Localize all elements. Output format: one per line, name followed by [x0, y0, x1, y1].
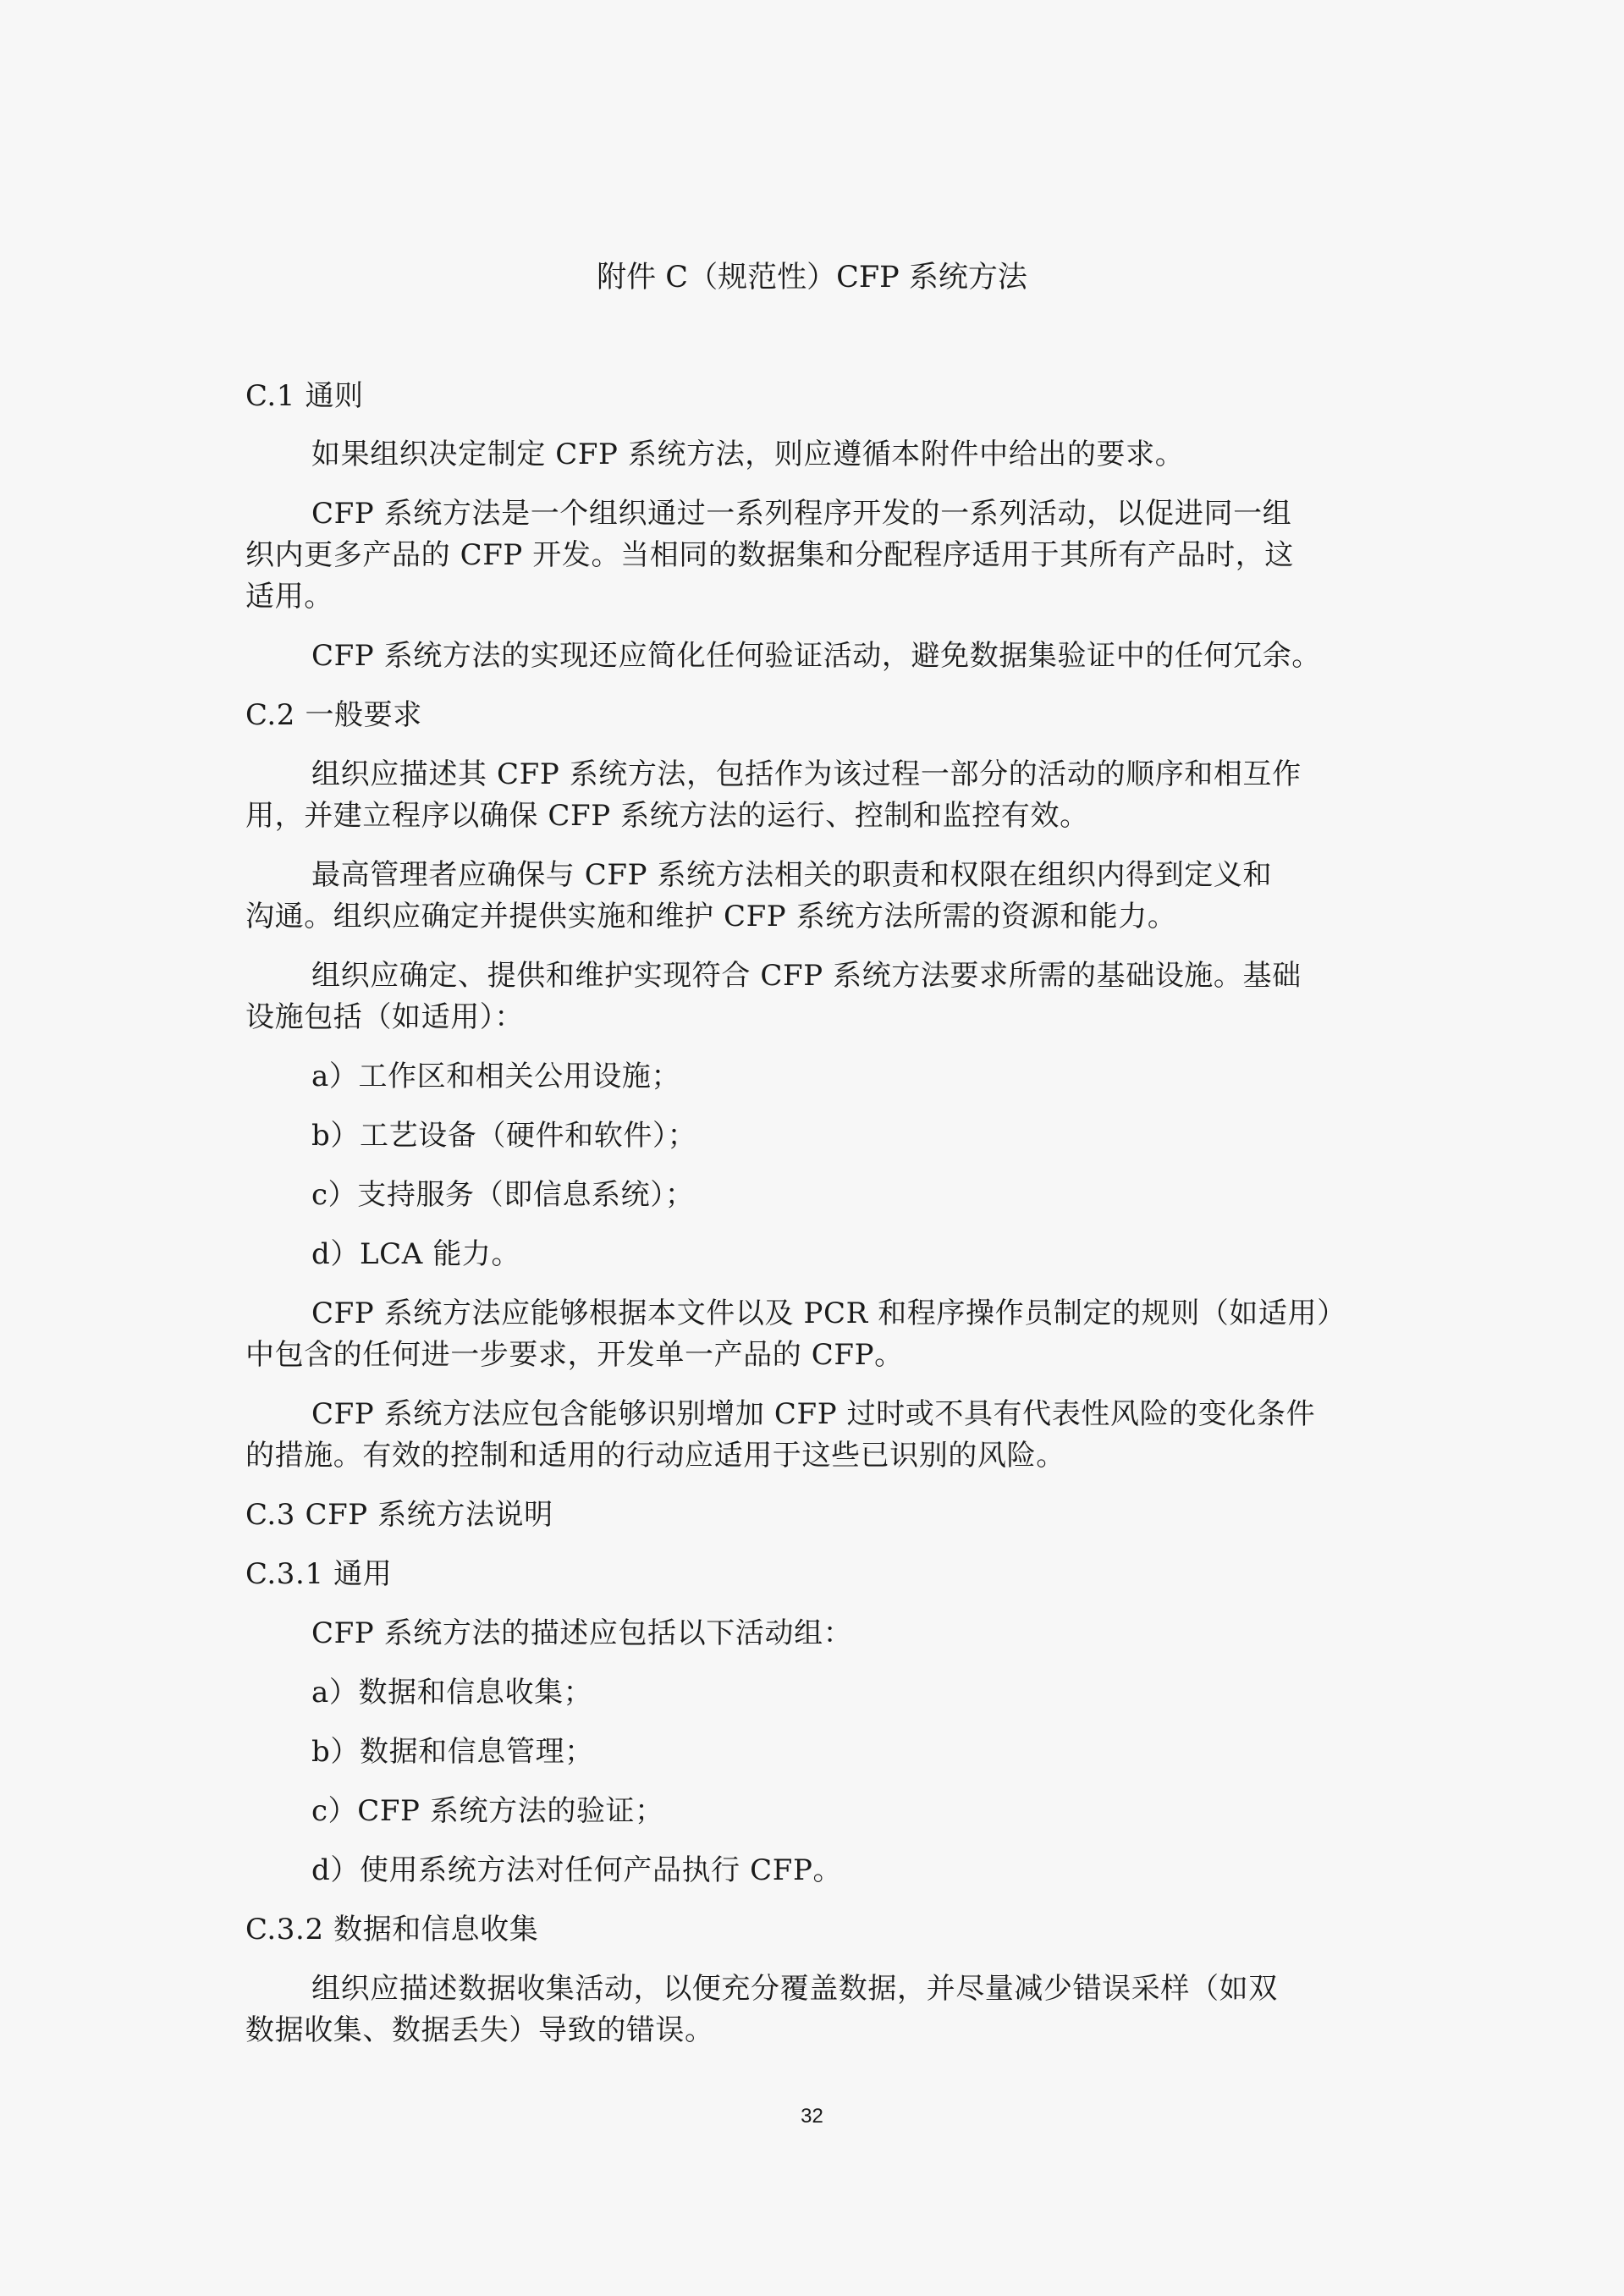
paragraph-line: CFP 系统方法是一个组织通过一系列程序开发的一系列活动，以促进同一组 [311, 493, 1382, 535]
paragraph-line: 的措施。有效的控制和适用的行动应适用于这些已识别的风险。 [245, 1434, 1384, 1477]
list-item-b: b）工艺设备（硬件和软件）； [311, 1115, 1382, 1157]
paragraph-line: 中包含的任何进一步要求，开发单一产品的 CFP。 [245, 1334, 1384, 1376]
paragraph-line: 用，并建立程序以确保 CFP 系统方法的运行、控制和监控有效。 [245, 795, 1384, 837]
document-page: 附件 C（规范性）CFP 系统方法 C.1 通则 如果组织决定制定 CFP 系统… [0, 0, 1624, 2296]
list-item-d: d）使用系统方法对任何产品执行 CFP。 [311, 1849, 1382, 1891]
paragraph-line: CFP 系统方法的实现还应简化任何验证活动，避免数据集验证中的任何冗余。 [311, 635, 1382, 677]
section-heading-c3-1: C.3.1 通用 [245, 1553, 1384, 1595]
paragraph-line: 设施包括（如适用）： [245, 996, 1384, 1038]
paragraph-line: 组织应描述其 CFP 系统方法，包括作为该过程一部分的活动的顺序和相互作 [311, 753, 1382, 796]
list-item-a: a）工作区和相关公用设施； [311, 1055, 1382, 1098]
paragraph-line: 如果组织决定制定 CFP 系统方法，则应遵循本附件中给出的要求。 [311, 433, 1382, 476]
list-item-b: b）数据和信息管理； [311, 1731, 1382, 1773]
paragraph-line: 最高管理者应确保与 CFP 系统方法相关的职责和权限在组织内得到定义和 [311, 854, 1382, 896]
section-heading-c2: C.2 一般要求 [245, 694, 1384, 736]
paragraph-line: CFP 系统方法应能够根据本文件以及 PCR 和程序操作员制定的规则（如适用） [311, 1292, 1382, 1335]
paragraph-line: 适用。 [245, 575, 1384, 618]
list-item-d: d）LCA 能力。 [311, 1233, 1382, 1275]
paragraph-line: CFP 系统方法应包含能够识别增加 CFP 过时或不具有代表性风险的变化条件 [311, 1393, 1382, 1435]
list-item-c: c）CFP 系统方法的验证； [311, 1790, 1382, 1832]
section-heading-c3: C.3 CFP 系统方法说明 [245, 1494, 1384, 1536]
page-number: 32 [0, 2104, 1624, 2129]
appendix-title: 附件 C（规范性）CFP 系统方法 [0, 254, 1624, 301]
section-heading-c1: C.1 通则 [245, 375, 1384, 417]
list-item-c: c）支持服务（即信息系统）； [311, 1174, 1382, 1216]
section-heading-c3-2: C.3.2 数据和信息收集 [245, 1908, 1384, 1951]
paragraph-line: 组织应确定、提供和维护实现符合 CFP 系统方法要求所需的基础设施。基础 [311, 955, 1382, 997]
paragraph-line: 数据收集、数据丢失）导致的错误。 [245, 2009, 1384, 2051]
list-item-a: a）数据和信息收集； [311, 1671, 1382, 1714]
paragraph-line: 织内更多产品的 CFP 开发。当相同的数据集和分配程序适用于其所有产品时，这 [245, 534, 1384, 576]
paragraph-line: CFP 系统方法的描述应包括以下活动组： [311, 1612, 1382, 1655]
paragraph-line: 组织应描述数据收集活动，以便充分覆盖数据，并尽量减少错误采样（如双 [311, 1968, 1382, 2010]
paragraph-line: 沟通。组织应确定并提供实施和维护 CFP 系统方法所需的资源和能力。 [245, 895, 1384, 938]
